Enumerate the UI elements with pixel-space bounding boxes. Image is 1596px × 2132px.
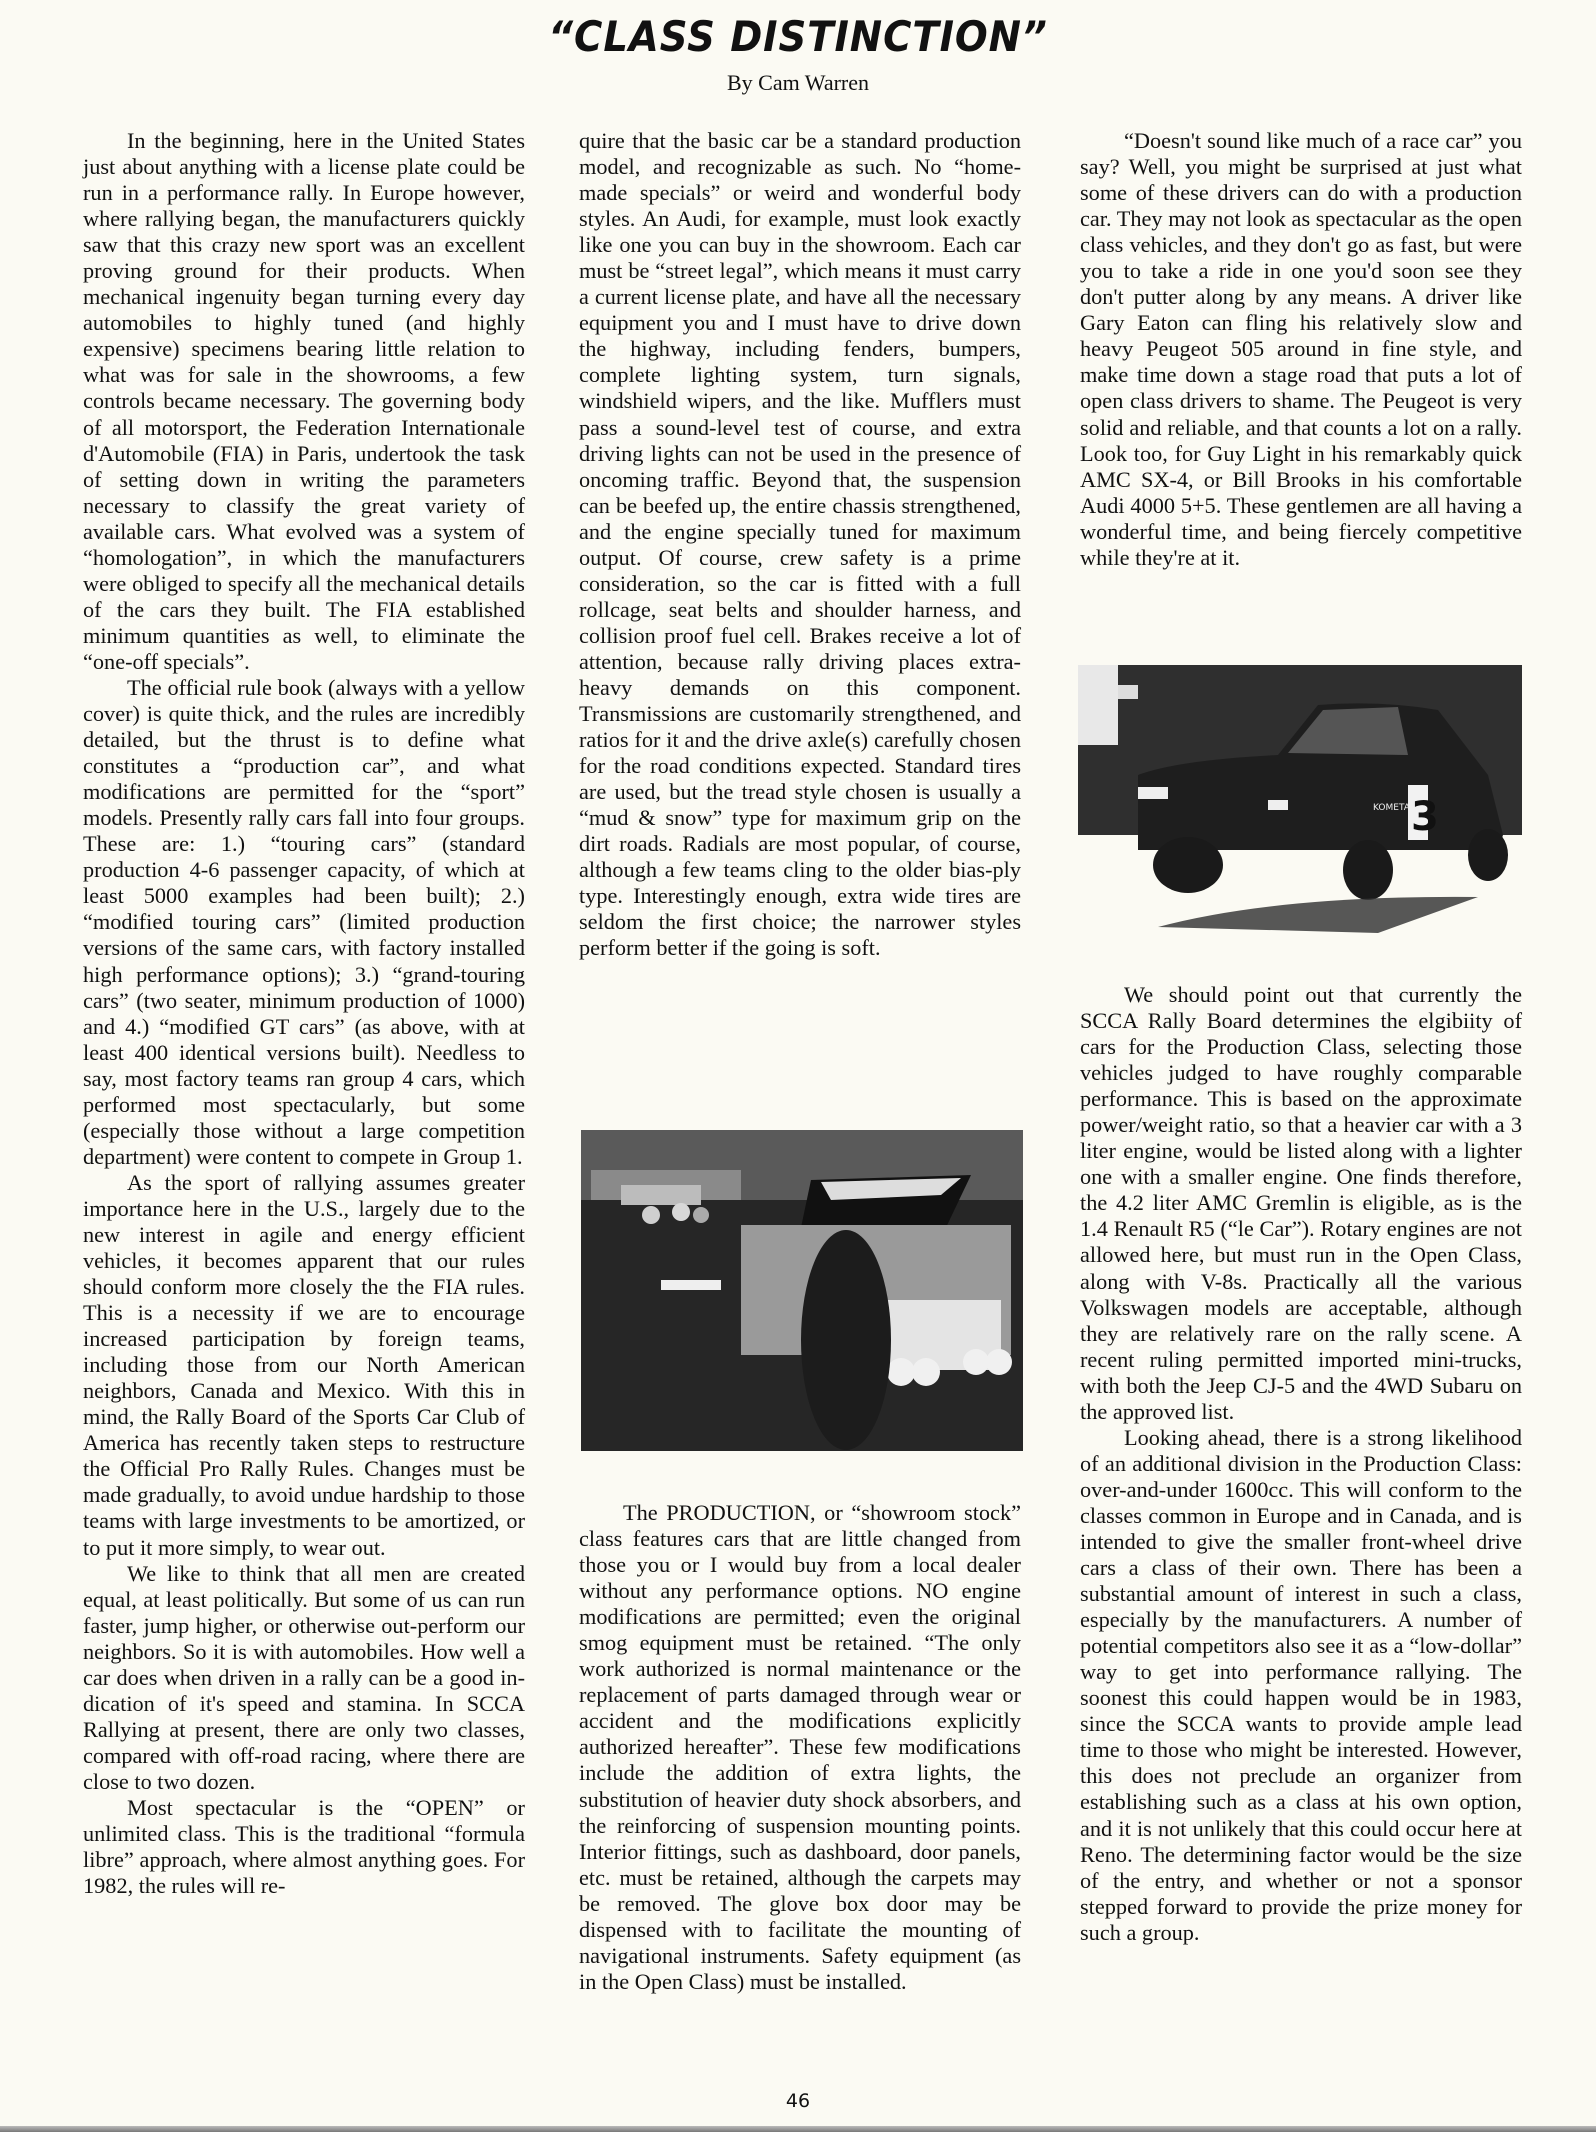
- paragraph: quire that the basic car be a standard p…: [579, 128, 1021, 962]
- rally-service-image-icon: [581, 1130, 1023, 1451]
- paragraph: Most spectacular is the “OPEN” or unlimi…: [83, 1795, 525, 1899]
- rally-service-photo: [581, 1130, 1023, 1451]
- text-column-1: In the beginning, here in the United Sta…: [83, 128, 525, 1899]
- svg-text:3: 3: [1411, 794, 1439, 840]
- article-byline: By Cam Warren: [0, 70, 1596, 96]
- text-column-3-top: “Doesn't sound like much of a race car” …: [1080, 128, 1522, 571]
- paragraph: We like to think that all men are create…: [83, 1561, 525, 1795]
- text-column-3-bottom: We should point out that currently the S…: [1080, 982, 1522, 1946]
- paragraph: Looking ahead, there is a strong likeli­…: [1080, 1425, 1522, 1946]
- svg-text:KOMETA: KOMETA: [1373, 803, 1411, 813]
- paragraph: The PRODUCTION, or “showroom stock” clas…: [579, 1500, 1021, 1995]
- paragraph: “Doesn't sound like much of a race car” …: [1080, 128, 1522, 571]
- article-title: “CLASS DISTINCTION”: [64, 12, 1532, 61]
- paragraph: In the beginning, here in the United Sta…: [83, 128, 525, 675]
- text-column-2-top: quire that the basic car be a standard p…: [579, 128, 1021, 962]
- paragraph: The official rule book (always with a ye…: [83, 675, 525, 1170]
- page-edge-divider: [0, 2126, 1596, 2132]
- rally-jump-photo: 3 KOMETA: [1078, 665, 1522, 937]
- text-column-2-bottom: The PRODUCTION, or “showroom stock” clas…: [579, 1500, 1021, 1995]
- page-number: 46: [0, 2090, 1596, 2112]
- paragraph: As the sport of rallying assumes greater…: [83, 1170, 525, 1561]
- paragraph: We should point out that currently the S…: [1080, 982, 1522, 1425]
- magazine-page: “CLASS DISTINCTION” By Cam Warren In the…: [0, 0, 1596, 2132]
- rally-car-jump-image-icon: 3 KOMETA: [1078, 665, 1522, 937]
